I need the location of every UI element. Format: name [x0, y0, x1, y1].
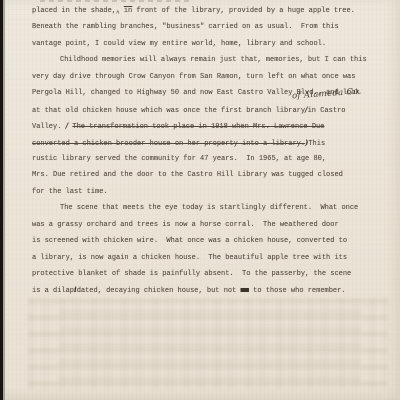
text-segment: a library, is now again a chicken house.…: [32, 254, 347, 262]
text-segment: to those who remember.: [249, 287, 346, 295]
text-line: for the last time.: [32, 184, 374, 200]
text-segment: at that old chicken house which was once…: [32, 107, 305, 115]
text-line: Mrs. Due retired and the door to the Cas…: [32, 167, 374, 183]
text-line: protective blanket of shade is painfully…: [32, 266, 374, 282]
text-segment: Mrs. Due retired and the door to the Cas…: [32, 171, 343, 179]
text-line: rustic library served the community for …: [32, 151, 374, 167]
text-segment: Beneath the rambling branches, "business…: [32, 23, 339, 31]
text-segment: is a dilap: [32, 287, 74, 295]
text-segment: very day drive through Crow Canyon from …: [32, 73, 355, 81]
text-segment: Valley.: [32, 123, 66, 131]
text-segment: for the last time.: [32, 188, 108, 196]
text-line: was a grassy orchard and trees is now a …: [32, 217, 374, 233]
typewritten-page: placed in the shade,^ in front of the li…: [0, 0, 400, 400]
text-segment: in Castro: [308, 107, 346, 115]
segment-strike: converted a chicken brooder house on her…: [32, 140, 305, 148]
text-line: is screened with chicken wire. What once…: [32, 233, 374, 249]
page-lines: placed in the shade,^ in front of the li…: [32, 3, 374, 299]
text-line: The scene that meets the eye today is st…: [32, 200, 374, 216]
text-segment: front of the library, provided by a huge…: [132, 7, 355, 15]
text-segment: was a grassy orchard and trees is now a …: [32, 221, 339, 229]
clipped-top-line-fragment: [40, 0, 190, 2]
text-segment: rustic library served the community for …: [32, 155, 326, 163]
segment-overline: in: [124, 7, 132, 15]
segment-strike: The transformation took place in 1918 wh…: [72, 123, 324, 131]
text-line: placed in the shade,^ in front of the li…: [32, 3, 374, 19]
text-line: at that old chicken house which was once…: [32, 102, 374, 118]
text-line: converted a chicken brooder house on her…: [32, 135, 374, 151]
text-segment: dated, decaying chicken house, but not: [77, 287, 241, 295]
text-line: Valley. / The transformation took place …: [32, 118, 374, 134]
text-segment: is screened with chicken wire. What once…: [32, 237, 347, 245]
segment-strike-heavy: so: [241, 287, 249, 295]
text-line: Beneath the rambling branches, "business…: [32, 19, 374, 35]
text-segment: vantage point, I could view my entire wo…: [32, 40, 326, 48]
text-segment: The scene that meets the eye today is st…: [60, 204, 358, 212]
text-segment: placed in the shade,: [32, 7, 116, 15]
text-segment: Childhood memories will always remain ju…: [60, 56, 367, 64]
paper-bleedthrough-texture-2: [60, 310, 360, 380]
text-line: Childhood memories will always remain ju…: [32, 52, 374, 68]
text-line: vantage point, I could view my entire wo…: [32, 36, 374, 52]
text-segment: protective blanket of shade is painfully…: [32, 270, 351, 278]
scan-edge-left-secondary: [3, 0, 5, 400]
text-line: very day drive through Crow Canyon from …: [32, 69, 374, 85]
text-line: is a dilapidated, decaying chicken house…: [32, 282, 374, 298]
text-line: a library, is now again a chicken house.…: [32, 250, 374, 266]
text-segment: This: [308, 140, 325, 148]
